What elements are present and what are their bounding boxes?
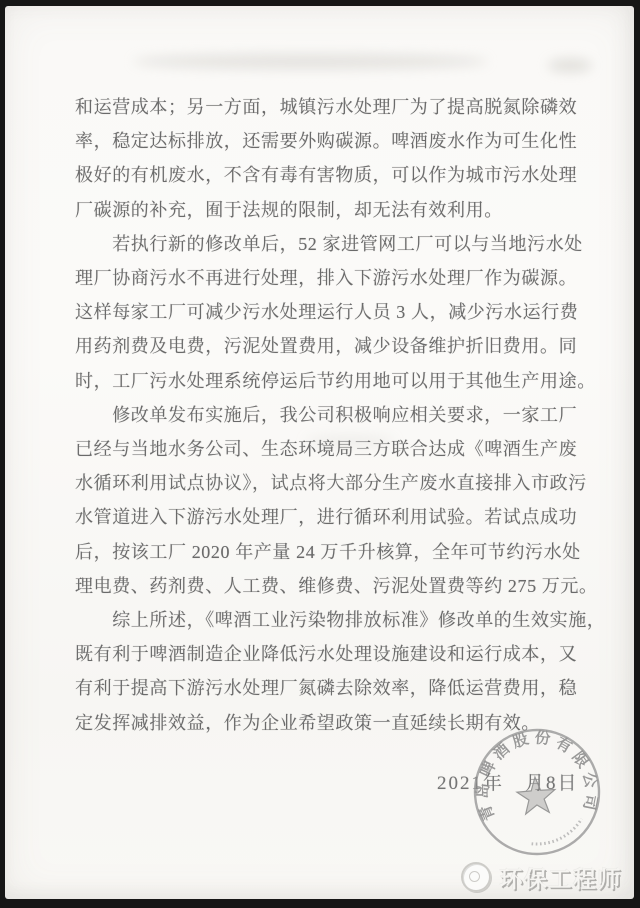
seal-graphic: 青岛啤酒股份有限公司: [457, 712, 617, 872]
watermark: 环保工程师: [461, 861, 623, 893]
text-line: 已经与当地水务公司、生态环境局三方联合达成《啤酒生产废: [75, 432, 580, 466]
photo-frame: 和运营成本；另一方面，城镇污水处理厂为了提高脱氮除磷效率，稳定达标排放，还需要外…: [0, 0, 640, 908]
text-line: 这样每家工厂可减少污水处理运行人员 3 人，减少污水运行费: [75, 295, 580, 329]
text-line: 后，按该工厂 2020 年产量 24 万千升核算，全年可节约污水处: [75, 535, 580, 569]
document-page: 和运营成本；另一方面，城镇污水处理厂为了提高脱氮除磷效率，稳定达标排放，还需要外…: [5, 6, 634, 899]
screenshot-root: { "document": { "lines": [ "和运营成本；另一方面，城…: [0, 0, 640, 908]
text-line: 水管道进入下游污水处理厂，进行循环利用试验。若试点成功: [75, 500, 580, 534]
text-line: 时，工厂污水处理系统停运后节约用地可以用于其他生产用途。: [75, 364, 580, 398]
company-seal: 青岛啤酒股份有限公司: [457, 712, 617, 872]
text-line: 综上所述，《啤酒工业污染物排放标准》修改单的生效实施，: [75, 603, 580, 637]
text-line: 用药剂费及电费，污泥处置费用，减少设备维护折旧费用。同: [75, 329, 580, 363]
text-line: 极好的有机废水，不含有毒有害物质，可以作为城市污水处理: [75, 158, 580, 192]
text-line: 有利于提高下游污水处理厂氮磷去除效率，降低运营费用，稳: [75, 671, 580, 705]
text-line: 和运营成本；另一方面，城镇污水处理厂为了提高脱氮除磷效: [75, 90, 580, 124]
watermark-label: 环保工程师: [500, 861, 623, 894]
text-line: 若执行新的修改单后，52 家进管网工厂可以与当地污水处: [75, 227, 580, 261]
text-line: 理厂协商污水不再进行处理，排入下游污水处理厂作为碳源。: [75, 261, 580, 295]
text-line: 水循环利用试点协议》，试点将大部分生产废水直接排入市政污: [75, 466, 580, 500]
text-line: 修改单发布实施后，我公司积极响应相关要求，一家工厂: [75, 398, 580, 432]
text-line: 既有利于啤酒制造企业降低污水处理设施建设和运行成本，又: [75, 637, 580, 671]
star-icon: [516, 776, 556, 815]
document-text: 和运营成本；另一方面，城镇污水处理厂为了提高脱氮除磷效率，稳定达标排放，还需要外…: [75, 90, 580, 740]
seal-company-name: 青岛啤酒股份有限公司: [468, 723, 602, 824]
scan-artifact: [548, 59, 592, 72]
watermark-logo-icon: [461, 862, 491, 892]
scan-artifact: [133, 54, 488, 69]
text-line: 率，稳定达标排放，还需要外购碳源。啤酒废水作为可生化性: [75, 124, 580, 158]
text-line: 厂碳源的补充，囿于法规的限制，却无法有效利用。: [75, 193, 580, 227]
text-line: 理电费、药剂费、人工费、维修费、污泥处置费等约 275 万元。: [75, 569, 580, 603]
